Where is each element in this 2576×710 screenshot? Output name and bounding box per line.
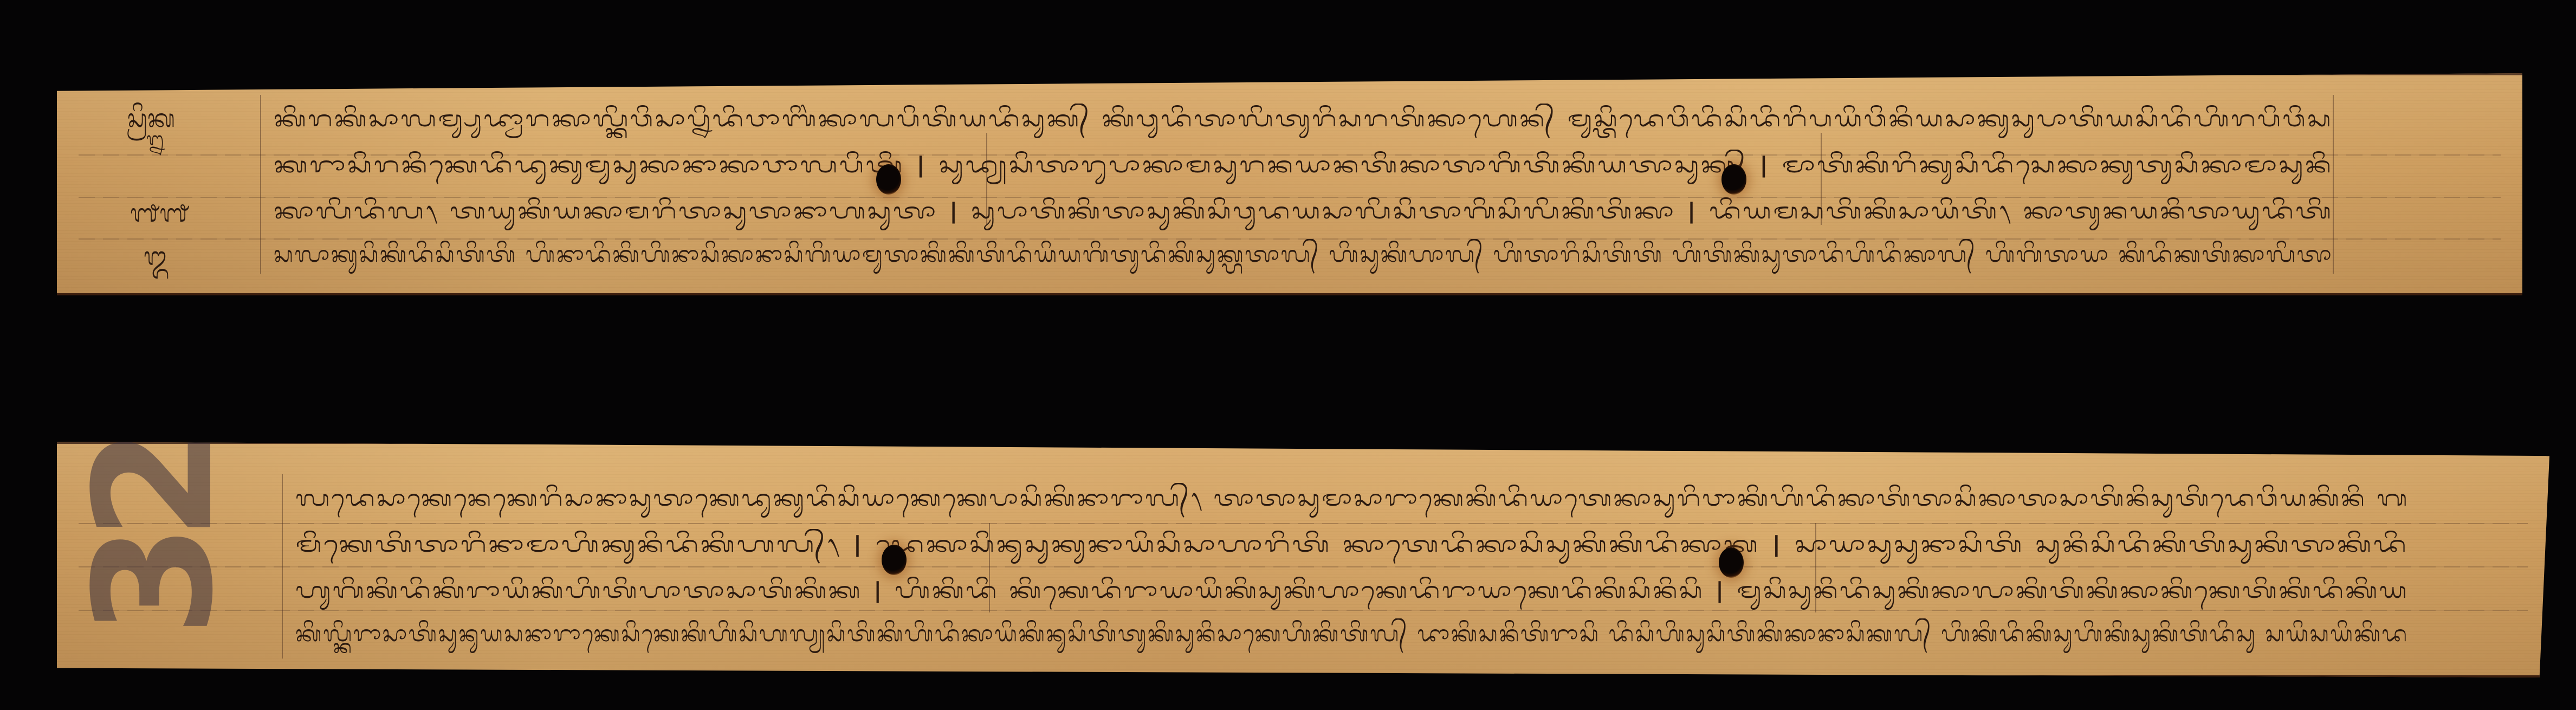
binding-hole [876,164,901,195]
text-line-1: ᬮᬤᬾᬲᬵᬓᬾᬦᬾᬓᬾᬭᬶᬲᬵᬦᬵᬲᬸᬢᬵᬓᬾᬤᬸᬓᬸᬤᬶᬲᬶᬬᬵᬓᬾᬓᬾᬧᬵᬲ… [295,488,2409,509]
margin-numeral: ᬲ᭄ᬭᬶᬓ [127,106,175,131]
margin-divider [260,95,261,274]
text-line-3: ᬓᬵᬮᬶᬤᬶᬮ᭞ ᬢᬬᬸᬓᬶᬬᬓᬵᬫᬭᬶᬢᬵᬲᬸᬢᬵᬦᬵᬳᬲᬸᬢᬵ | ᬲᬸᬧᬵ… [274,201,2333,222]
text-line-2: ᬓᬭᬵᬲᬶᬭᬦᬶᬓᬾᬤᬶᬤᬸᬓᬸᬫᬸᬲᬸᬓᬵᬦᬵᬓᬵᬯᬵᬮᬧᬶᬢᬶ | ᬲᬸᬤ᭄… [274,154,2333,176]
palm-leaf-bottom: 32 ᬮᬤᬾᬲᬵᬓᬾᬦᬾᬓᬾᬭᬶᬲᬵᬦᬵᬲᬸᬢᬵᬓᬾᬤᬸᬓᬸᬤᬶᬲᬶᬬᬵᬓᬾᬓᬾ… [57,442,2549,677]
margin-numeral: ᭑᭑ [130,201,189,225]
ruling-line [79,197,2501,198]
text-line-4: ᬲᬮᬵᬓᬸᬲᬶᬓᬶᬤᬶᬲᬶᬢᬶᬢᬶ ᬳᬶᬦᬵᬤᬶᬓᬶᬳᬶᬦᬵᬲᬶᬓᬵᬦᬵᬲᬶᬕᬶ… [274,244,2333,266]
margin-divider [282,474,283,659]
margin-numeral: ᭓ [144,244,168,269]
leaf-number-marking: 32 [73,443,236,637]
ruling-line [79,523,2528,524]
right-margin-divider [2333,95,2334,274]
text-line-2: ᬫᬶᬓᬾᬢᬶᬢᬵᬭᬶᬦᬵᬫᬵᬳᬶᬓᬸᬦᬶᬤᬶᬓᬶᬳᬮ᭄᭞ | ᬤᬾᬓᬵᬲᬶᬦᬸᬲ… [295,534,2408,556]
ruling-line [79,566,2528,567]
ruling-line [79,238,2501,240]
text-line-4: ᬓᬶᬮ᭄ᬓᬶᬭᬵᬲᬵᬢᬶᬲᬸᬦᬸᬬᬲᬦᬵᬭᬵᬓᬾᬲᬶᬓᬾᬓᬶᬳᬶᬲᬶᬳᬮ᭄ᬬᬲᬶ… [295,623,2409,645]
text-line-1: ᬓᬶᬭᬓᬶᬲᬵᬮᬫ᭄ᬲᬸᬤ᭄ᬯᬵᬭᬓᬵᬮ᭄ᬓᬶᬯᬶᬲᬵᬧ᭄ᬦᬶᬤᬶᬯᬵᬩᬶᬂᬓᬵ… [274,108,2333,130]
ruling-line [79,610,2528,611]
binding-hole [1721,164,1746,195]
binding-hole [882,545,907,575]
binding-hole [1719,547,1744,578]
margin-numeral: ᭒ [146,130,164,149]
text-line-3: ᬳᬸᬕᬶᬓᬶᬤᬶᬓᬶᬭᬵᬬᬶᬓᬶᬳᬶᬢᬶᬳᬵᬢᬵᬲᬵᬢᬶᬓᬶᬓ | ᬳᬶᬓᬶᬤᬶ… [295,580,2409,602]
palm-leaf-top: ᬲ᭄ᬭᬶᬓ ᭒ ᭑᭑ ᭓ ᬓᬶᬭᬓᬶᬲᬵᬮᬫ᭄ᬲᬸᬤ᭄ᬯᬵᬭᬓᬵᬮ᭄ᬓᬶᬯᬶᬲᬵ… [57,73,2522,295]
